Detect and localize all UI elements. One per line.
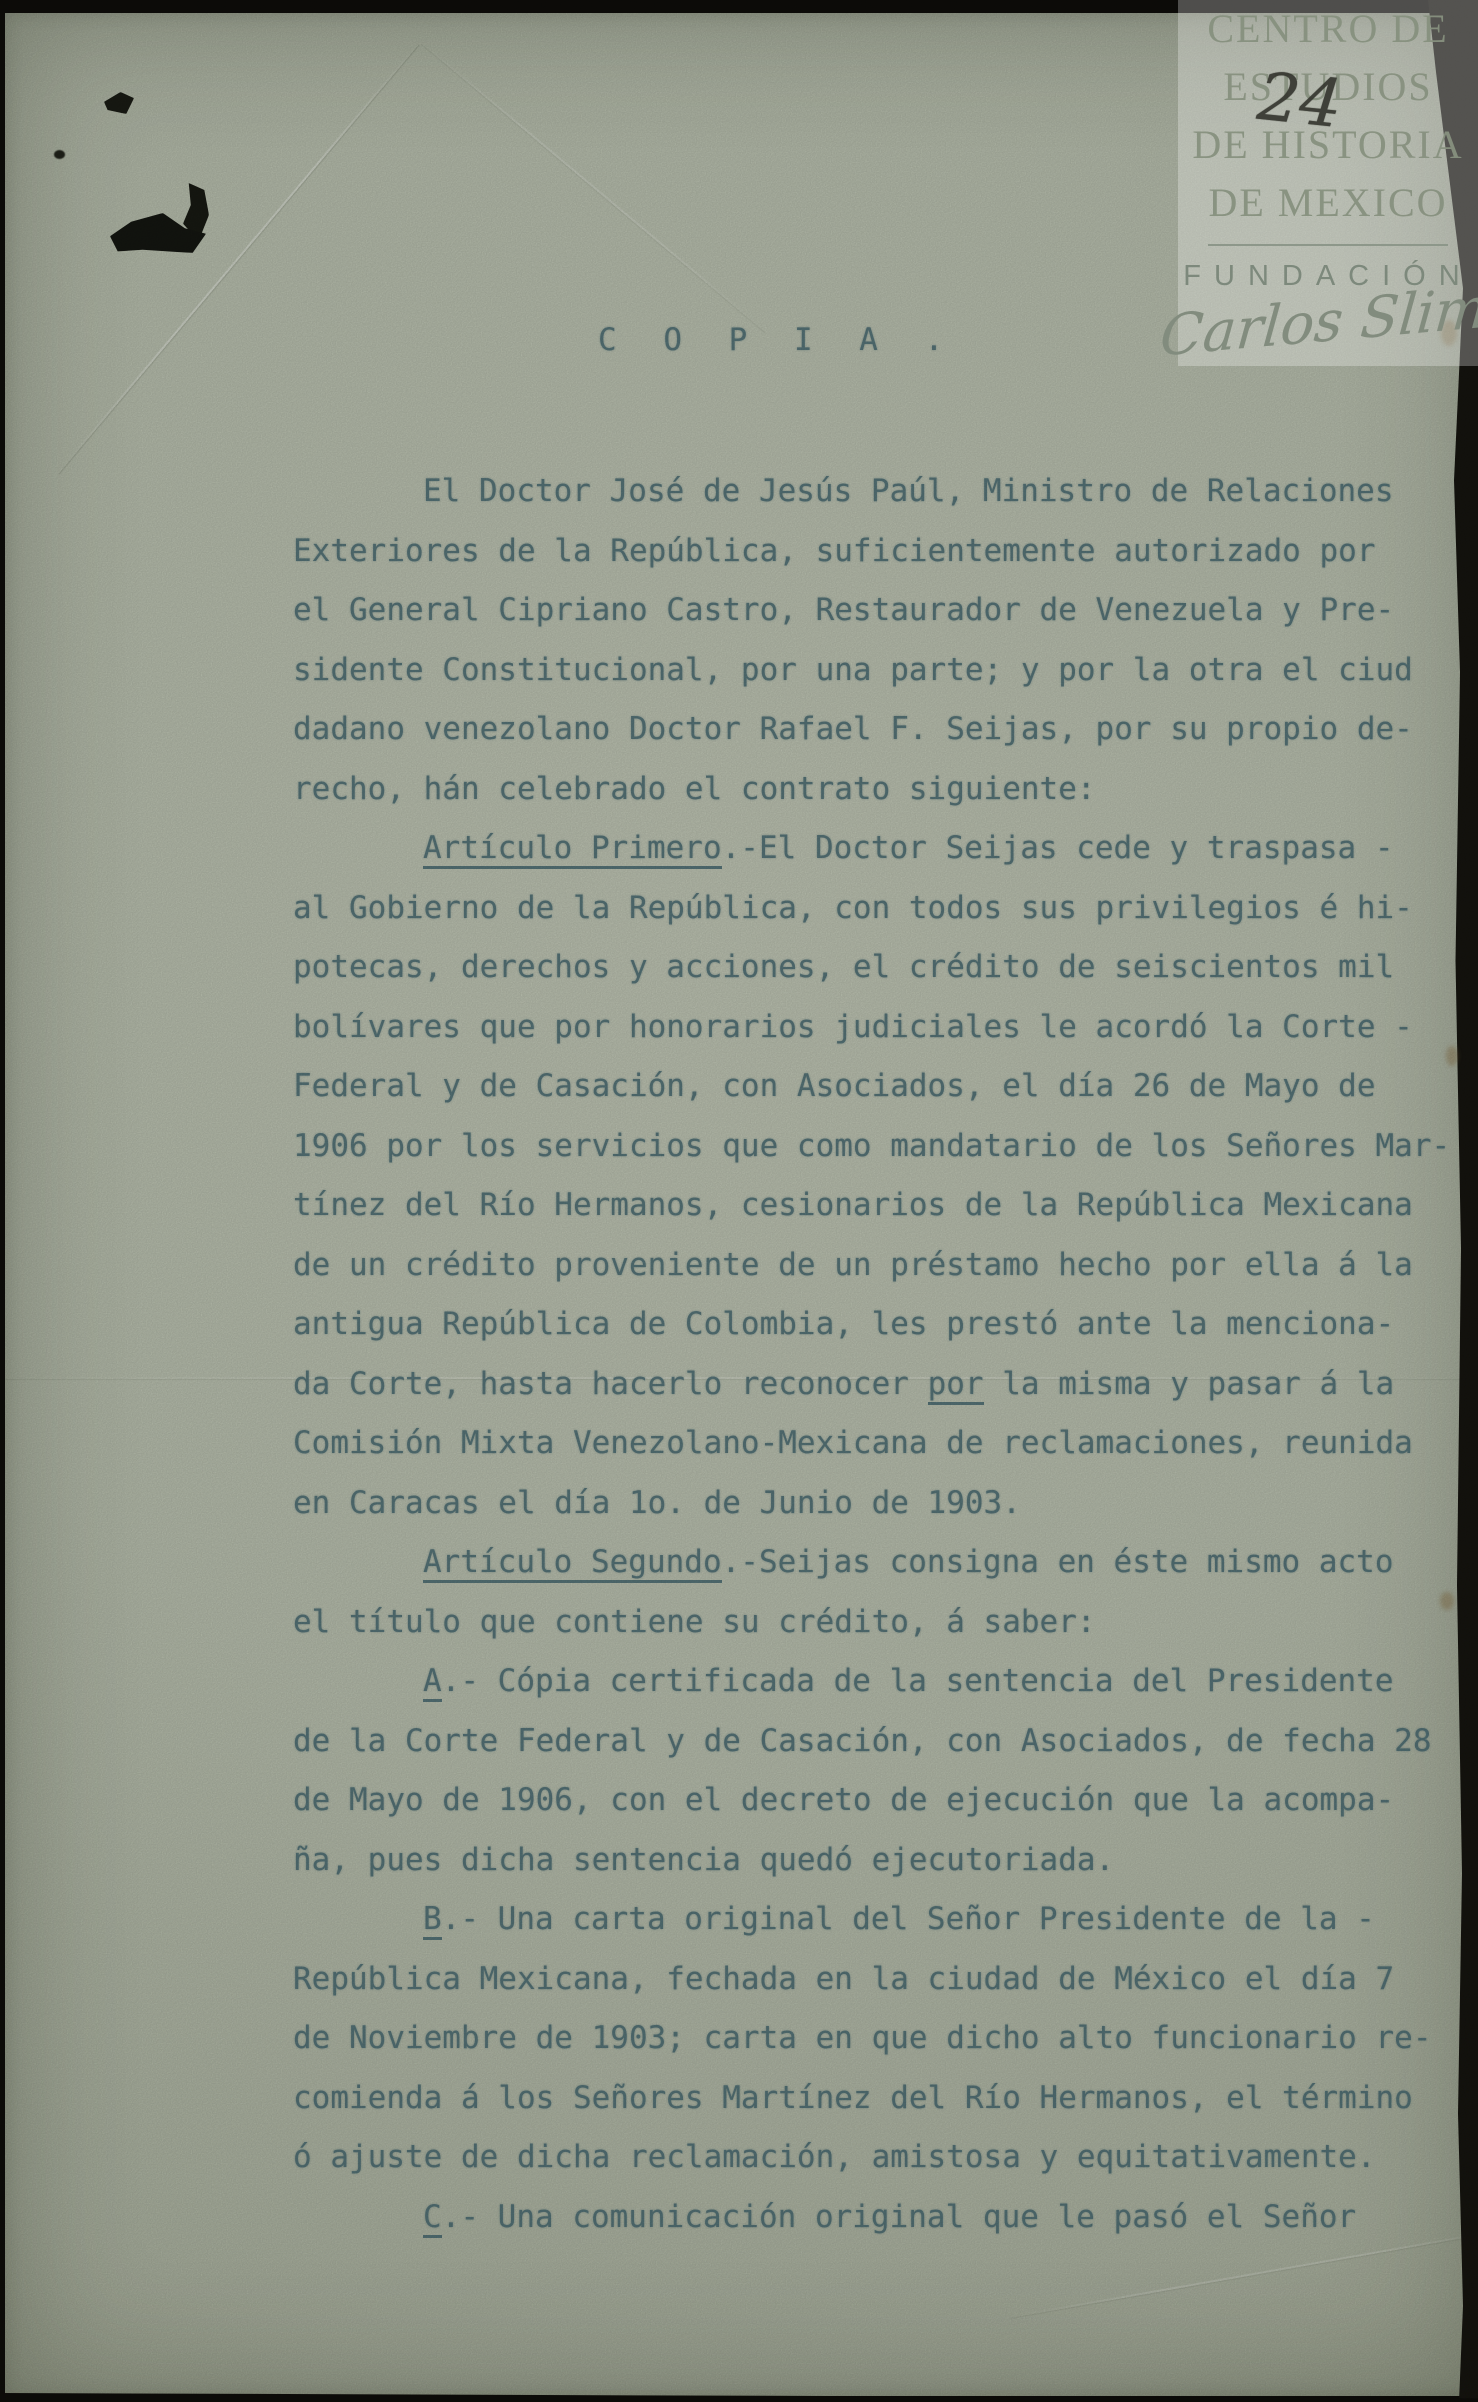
body-line: da Corte, hasta hacerlo reconocer por la… <box>293 1355 1450 1415</box>
body-line: al Gobierno de la República, con todos s… <box>293 879 1450 939</box>
body-line: C.- Una comunicación original que le pas… <box>293 2188 1450 2248</box>
body-line: de Noviembre de 1903; carta en que dicho… <box>293 2009 1450 2069</box>
body-line: 1906 por los servicios que como mandatar… <box>293 1117 1450 1177</box>
watermark-divider <box>1208 244 1448 246</box>
body-line: comienda á los Señores Martínez del Río … <box>293 2069 1450 2129</box>
edge-stain <box>1446 1046 1458 1066</box>
body-line: Comisión Mixta Venezolano-Mexicana de re… <box>293 1414 1450 1474</box>
body-line: de un crédito proveniente de un préstamo… <box>293 1236 1450 1296</box>
body-line: ña, pues dicha sentencia quedó ejecutori… <box>293 1831 1450 1891</box>
watermark-line: CENTRO DE <box>1178 0 1478 58</box>
scanned-document-page: C O P I A . El Doctor José de Jesús Paúl… <box>0 0 1478 2402</box>
body-line: de Mayo de 1906, con el decreto de ejecu… <box>293 1771 1450 1831</box>
body-line: Artículo Primero.-El Doctor Seijas cede … <box>293 819 1450 879</box>
document-body: El Doctor José de Jesús Paúl, Ministro d… <box>293 462 1450 2247</box>
watermark-box: CENTRO DE ESTUDIOS DE HISTORIA DE MEXICO… <box>1178 0 1478 366</box>
body-line: recho, hán celebrado el contrato siguien… <box>293 760 1450 820</box>
body-line: el título que contiene su crédito, á sab… <box>293 1593 1450 1653</box>
document-title: C O P I A . <box>598 322 957 358</box>
handwritten-page-number: 24 <box>1254 58 1346 143</box>
body-line: tínez del Río Hermanos, cesionarios de l… <box>293 1176 1450 1236</box>
body-line: El Doctor José de Jesús Paúl, Ministro d… <box>293 462 1450 522</box>
watermark-line: DE MEXICO <box>1178 174 1478 232</box>
body-line: el General Cipriano Castro, Restaurador … <box>293 581 1450 641</box>
body-line: potecas, derechos y acciones, el crédito… <box>293 938 1450 998</box>
body-line: sidente Constitucional, por una parte; y… <box>293 641 1450 701</box>
tear-mark <box>54 150 65 159</box>
body-line: bolívares que por honorarios judiciales … <box>293 998 1450 1058</box>
body-line: dadano venezolano Doctor Rafael F. Seija… <box>293 700 1450 760</box>
body-line: Artículo Segundo.-Seijas consigna en ést… <box>293 1533 1450 1593</box>
body-line: Exteriores de la República, suficienteme… <box>293 522 1450 582</box>
body-line: Federal y de Casación, con Asociados, el… <box>293 1057 1450 1117</box>
body-line: A.- Cópia certificada de la sentencia de… <box>293 1652 1450 1712</box>
body-line: República Mexicana, fechada en la ciudad… <box>293 1950 1450 2010</box>
body-line: ó ajuste de dicha reclamación, amistosa … <box>293 2128 1450 2188</box>
body-line: de la Corte Federal y de Casación, con A… <box>293 1712 1450 1772</box>
body-line: B.- Una carta original del Señor Preside… <box>293 1890 1450 1950</box>
edge-stain <box>1440 1592 1454 1610</box>
body-line: en Caracas el día 1o. de Junio de 1903. <box>293 1474 1450 1534</box>
body-line: antigua República de Colombia, les prest… <box>293 1295 1450 1355</box>
